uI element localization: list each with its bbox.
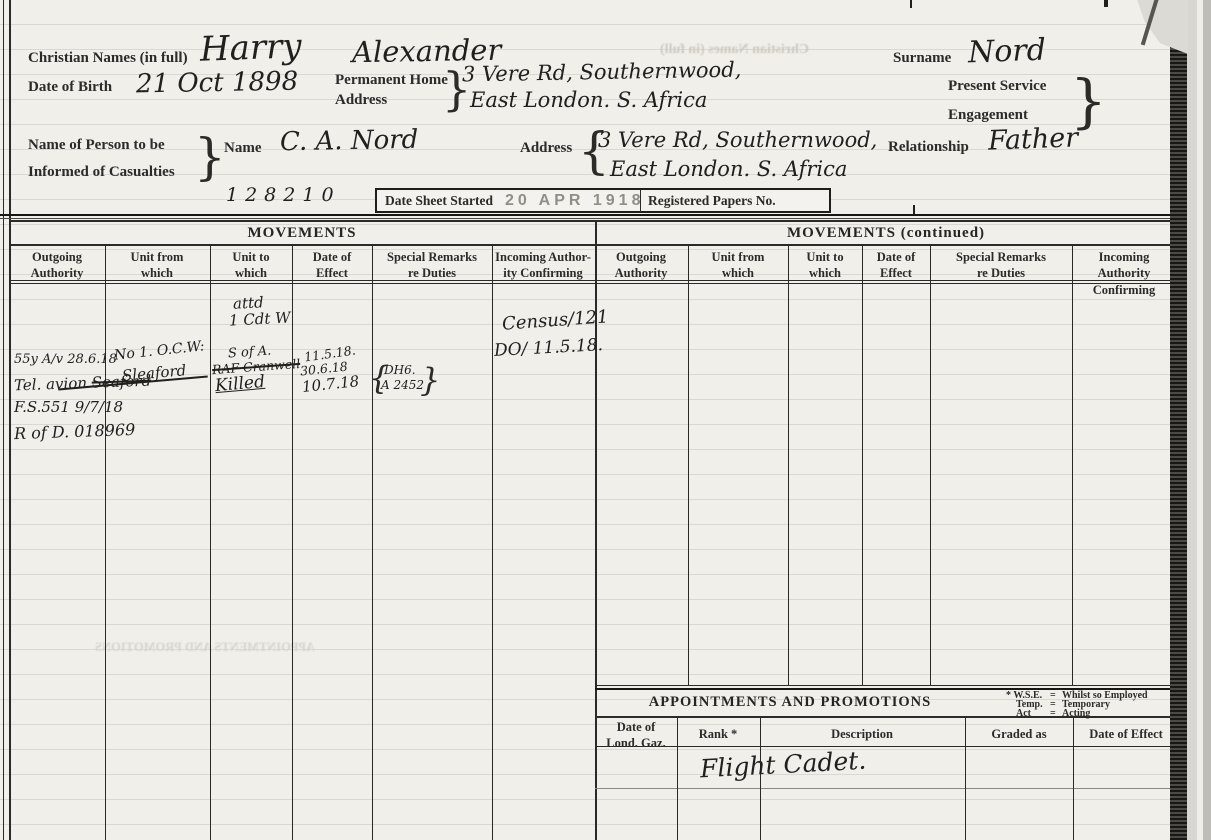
field-label-present-service: Present Service	[948, 78, 1046, 95]
column-divider	[210, 244, 211, 840]
field-label-casualties-1: Name of Person to be	[28, 137, 165, 154]
column-divider	[292, 244, 293, 840]
field-label-engagement: Engagement	[948, 107, 1028, 124]
note-abbr: Act	[1016, 708, 1050, 719]
brace-glyph: }	[194, 132, 226, 182]
column-header: Date of Effect	[1089, 726, 1163, 742]
field-value-nok-address-1: 3 Vere Rd, Southernwood,	[598, 128, 877, 152]
entry-unit-from: No 1. O.C.W:	[113, 338, 205, 363]
column-header: Outgoing Authority	[615, 249, 668, 282]
table-title-rule	[10, 244, 1177, 246]
page-curl	[1126, 0, 1188, 54]
table-border-top	[10, 220, 1177, 222]
column-divider	[930, 244, 931, 685]
table-border	[595, 685, 1180, 686]
field-value-dob: 21 Oct 1898	[136, 67, 299, 100]
column-header: Outgoing Authority	[31, 249, 84, 282]
appointments-title-rule	[595, 716, 1180, 718]
box-divider	[640, 190, 641, 212]
appointments-row-rule	[595, 788, 1180, 789]
field-label-relationship: Relationship	[888, 139, 969, 156]
field-value-relationship: Father	[987, 122, 1078, 156]
appointments-title: APPOINTMENTS AND PROMOTIONS	[649, 694, 931, 711]
section-divider	[0, 214, 1177, 216]
column-header: Special Remarks re Duties	[387, 249, 477, 282]
brace-glyph: }	[1070, 72, 1107, 130]
bleedthrough-text: APPOINTMENTS AND PROMOTIONS	[95, 640, 315, 655]
section-divider	[0, 218, 1177, 219]
field-label-christian-names: Christian Names (in full)	[28, 50, 188, 67]
entry-outgoing-authority: R of D. 018969	[14, 420, 136, 443]
column-header: Unit from which	[712, 249, 765, 282]
movements-title: MOVEMENTS	[247, 225, 356, 242]
field-label-dob: Date of Birth	[28, 79, 112, 96]
entry-unit-from: Sleaford	[121, 361, 187, 385]
appointments-header-rule	[595, 746, 1180, 747]
column-header: Incoming Author- ity Confirming	[495, 249, 591, 282]
entry-remarks: DH6.	[384, 363, 416, 377]
column-divider	[788, 244, 789, 685]
column-divider	[862, 244, 863, 685]
column-divider	[677, 716, 678, 840]
column-divider	[1073, 716, 1074, 840]
column-header: Graded as	[991, 726, 1046, 742]
field-label-permanent-home-address: Address	[335, 92, 387, 109]
entry-incoming-authority: DO/ 11.5.18.	[494, 335, 604, 361]
field-value-christian-first: Harry	[199, 26, 302, 70]
page-edge-next-page	[1203, 0, 1211, 840]
entry-remarks: A 2452	[381, 378, 424, 392]
brace-glyph: }	[420, 364, 440, 396]
note-eq: =	[1050, 708, 1062, 719]
column-divider	[105, 244, 106, 840]
field-label-casualties-2: Informed of Casualties	[28, 164, 175, 181]
page-edge-shadow	[1187, 0, 1197, 840]
column-header: Unit to which	[232, 249, 269, 282]
entry-rank: Flight Cadet.	[699, 746, 867, 784]
page-margin-line	[3, 0, 4, 840]
entry-text: Tel. avion	[14, 374, 92, 395]
column-header: Date of Lond. Gaz.	[606, 719, 665, 752]
field-label-date-sheet-started: Date Sheet Started	[385, 193, 493, 209]
column-divider	[492, 244, 493, 840]
column-header: Unit from which	[131, 249, 184, 282]
column-header: Special Remarks re Duties	[956, 249, 1046, 282]
date-stamp: 20 APR 1918	[505, 192, 644, 210]
column-header: Date of Effect	[313, 249, 352, 282]
movements-continued-title: MOVEMENTS (continued)	[787, 225, 985, 242]
field-label-permanent-home: Permanent Home	[335, 72, 448, 89]
page-margin-line	[9, 0, 11, 840]
entry-outgoing-authority: 55y A/v 28.6.18	[14, 352, 117, 367]
column-header: Rank *	[699, 726, 738, 742]
column-divider	[1072, 244, 1073, 685]
field-label-surname: Surname	[893, 50, 951, 67]
field-label-nok-address: Address	[520, 140, 572, 157]
entry-unit-to-attached: 1 Cdt W	[229, 308, 291, 329]
entry-unit-to: Killed	[214, 372, 266, 396]
field-label-registered-papers: Registered Papers No.	[648, 193, 776, 209]
stray-mark	[913, 205, 915, 214]
entry-outgoing-authority: F.S.551 9/7/18	[14, 398, 123, 416]
column-header: Date of Effect	[877, 249, 916, 282]
field-value-home-address-1: 3 Vere Rd, Southernwood,	[462, 58, 742, 87]
field-value-nok-name: C. A. Nord	[280, 125, 419, 157]
entry-incoming-authority: Census/121	[501, 306, 609, 334]
field-label-nok-name: Name	[224, 140, 262, 157]
field-value-nok-address-2: East London. S. Africa	[610, 157, 847, 181]
table-header-rule	[10, 283, 1177, 284]
field-value-service-number: 128210	[226, 184, 341, 206]
abbreviation-note: Act=Acting	[1016, 708, 1090, 719]
stray-mark	[910, 0, 912, 8]
bleedthrough-text: Christian Names (in full)	[660, 42, 809, 58]
field-value-home-address-2: East London. S. Africa	[470, 88, 707, 112]
column-header: Unit to which	[806, 249, 843, 282]
column-divider	[688, 244, 689, 685]
page-edge-band	[1170, 0, 1187, 840]
column-divider	[372, 244, 373, 840]
column-header: Description	[831, 726, 893, 742]
column-header: Incoming Authority Confirming	[1081, 249, 1168, 298]
column-divider	[965, 716, 966, 840]
note-meaning: Acting	[1062, 708, 1090, 719]
field-value-surname: Nord	[967, 33, 1046, 71]
stray-mark	[1104, 0, 1108, 7]
